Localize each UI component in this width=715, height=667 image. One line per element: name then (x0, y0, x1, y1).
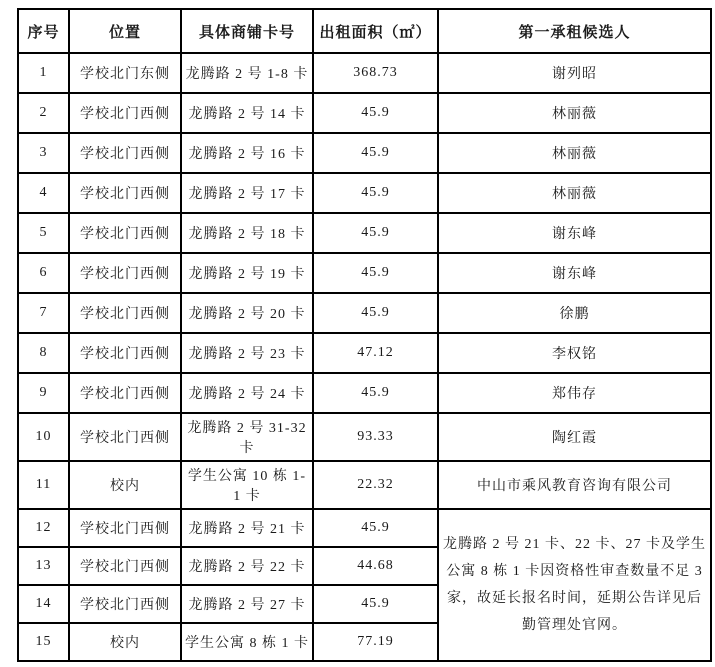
table-row: 10 学校北门西侧 龙腾路 2 号 31-32 卡 93.33 陶红霞 (18, 413, 711, 461)
cell-location: 学校北门西侧 (69, 173, 181, 213)
cell-card: 龙腾路 2 号 23 卡 (181, 333, 313, 373)
merged-note-cell: 龙腾路 2 号 21 卡、22 卡、27 卡及学生公寓 8 栋 1 卡因资格性审… (438, 509, 711, 661)
cell-card: 龙腾路 2 号 18 卡 (181, 213, 313, 253)
cell-card: 龙腾路 2 号 20 卡 (181, 293, 313, 333)
cell-card: 龙腾路 2 号 27 卡 (181, 585, 313, 623)
cell-area: 22.32 (313, 461, 438, 509)
cell-area: 45.9 (313, 213, 438, 253)
cell-no: 14 (18, 585, 69, 623)
header-cell-area: 出租面积（㎡） (313, 9, 438, 53)
cell-card: 龙腾路 2 号 16 卡 (181, 133, 313, 173)
cell-no: 1 (18, 53, 69, 93)
cell-card: 学生公寓 10 栋 1-1 卡 (181, 461, 313, 509)
cell-no: 8 (18, 333, 69, 373)
cell-no: 2 (18, 93, 69, 133)
cell-location: 学校北门西侧 (69, 133, 181, 173)
cell-candidate: 林丽薇 (438, 173, 711, 213)
cell-area: 45.9 (313, 173, 438, 213)
cell-no: 7 (18, 293, 69, 333)
header-row: 序号 位置 具体商铺卡号 出租面积（㎡） 第一承租候选人 (18, 9, 711, 53)
cell-no: 12 (18, 509, 69, 547)
header-cell-location: 位置 (69, 9, 181, 53)
cell-location: 学校北门东侧 (69, 53, 181, 93)
cell-no: 10 (18, 413, 69, 461)
table-row: 7 学校北门西侧 龙腾路 2 号 20 卡 45.9 徐鹏 (18, 293, 711, 333)
cell-location: 学校北门西侧 (69, 213, 181, 253)
cell-no: 5 (18, 213, 69, 253)
cell-area: 45.9 (313, 253, 438, 293)
cell-candidate: 林丽薇 (438, 93, 711, 133)
cell-no: 4 (18, 173, 69, 213)
cell-card: 龙腾路 2 号 22 卡 (181, 547, 313, 585)
cell-location: 学校北门西侧 (69, 253, 181, 293)
cell-no: 13 (18, 547, 69, 585)
cell-location: 学校北门西侧 (69, 547, 181, 585)
cell-area: 45.9 (313, 133, 438, 173)
cell-location: 学校北门西侧 (69, 333, 181, 373)
cell-no: 6 (18, 253, 69, 293)
table-row: 6 学校北门西侧 龙腾路 2 号 19 卡 45.9 谢东峰 (18, 253, 711, 293)
cell-candidate: 李权铭 (438, 333, 711, 373)
cell-location: 学校北门西侧 (69, 293, 181, 333)
cell-no: 15 (18, 623, 69, 661)
table-row: 3 学校北门西侧 龙腾路 2 号 16 卡 45.9 林丽薇 (18, 133, 711, 173)
header-cell-candidate: 第一承租候选人 (438, 9, 711, 53)
cell-no: 9 (18, 373, 69, 413)
cell-area: 93.33 (313, 413, 438, 461)
cell-location: 校内 (69, 623, 181, 661)
table-row: 8 学校北门西侧 龙腾路 2 号 23 卡 47.12 李权铭 (18, 333, 711, 373)
cell-area: 45.9 (313, 93, 438, 133)
cell-card: 龙腾路 2 号 24 卡 (181, 373, 313, 413)
cell-area: 45.9 (313, 509, 438, 547)
cell-candidate: 郑伟存 (438, 373, 711, 413)
cell-candidate: 中山市乘风教育咨询有限公司 (438, 461, 711, 509)
cell-card: 龙腾路 2 号 1-8 卡 (181, 53, 313, 93)
cell-candidate: 谢列昭 (438, 53, 711, 93)
cell-area: 45.9 (313, 293, 438, 333)
cell-candidate: 陶红霞 (438, 413, 711, 461)
cell-area: 45.9 (313, 373, 438, 413)
table-row: 12 学校北门西侧 龙腾路 2 号 21 卡 45.9 龙腾路 2 号 21 卡… (18, 509, 711, 547)
cell-location: 学校北门西侧 (69, 509, 181, 547)
cell-location: 学校北门西侧 (69, 585, 181, 623)
cell-area: 45.9 (313, 585, 438, 623)
table-row: 2 学校北门西侧 龙腾路 2 号 14 卡 45.9 林丽薇 (18, 93, 711, 133)
cell-area: 44.68 (313, 547, 438, 585)
cell-card: 学生公寓 8 栋 1 卡 (181, 623, 313, 661)
table-row: 1 学校北门东侧 龙腾路 2 号 1-8 卡 368.73 谢列昭 (18, 53, 711, 93)
table-row: 11 校内 学生公寓 10 栋 1-1 卡 22.32 中山市乘风教育咨询有限公… (18, 461, 711, 509)
cell-location: 学校北门西侧 (69, 413, 181, 461)
cell-card: 龙腾路 2 号 31-32 卡 (181, 413, 313, 461)
table-row: 5 学校北门西侧 龙腾路 2 号 18 卡 45.9 谢东峰 (18, 213, 711, 253)
header-cell-card: 具体商铺卡号 (181, 9, 313, 53)
cell-area: 77.19 (313, 623, 438, 661)
cell-no: 11 (18, 461, 69, 509)
cell-candidate: 徐鹏 (438, 293, 711, 333)
cell-card: 龙腾路 2 号 17 卡 (181, 173, 313, 213)
cell-candidate: 林丽薇 (438, 133, 711, 173)
cell-location: 学校北门西侧 (69, 373, 181, 413)
cell-area: 47.12 (313, 333, 438, 373)
table-row: 4 学校北门西侧 龙腾路 2 号 17 卡 45.9 林丽薇 (18, 173, 711, 213)
cell-candidate: 谢东峰 (438, 253, 711, 293)
cell-location: 学校北门西侧 (69, 93, 181, 133)
cell-no: 3 (18, 133, 69, 173)
table-row: 9 学校北门西侧 龙腾路 2 号 24 卡 45.9 郑伟存 (18, 373, 711, 413)
header-cell-no: 序号 (18, 9, 69, 53)
rental-shops-table: 序号 位置 具体商铺卡号 出租面积（㎡） 第一承租候选人 1 学校北门东侧 龙腾… (17, 8, 712, 662)
cell-candidate: 谢东峰 (438, 213, 711, 253)
cell-card: 龙腾路 2 号 21 卡 (181, 509, 313, 547)
cell-area: 368.73 (313, 53, 438, 93)
cell-location: 校内 (69, 461, 181, 509)
cell-card: 龙腾路 2 号 14 卡 (181, 93, 313, 133)
cell-card: 龙腾路 2 号 19 卡 (181, 253, 313, 293)
